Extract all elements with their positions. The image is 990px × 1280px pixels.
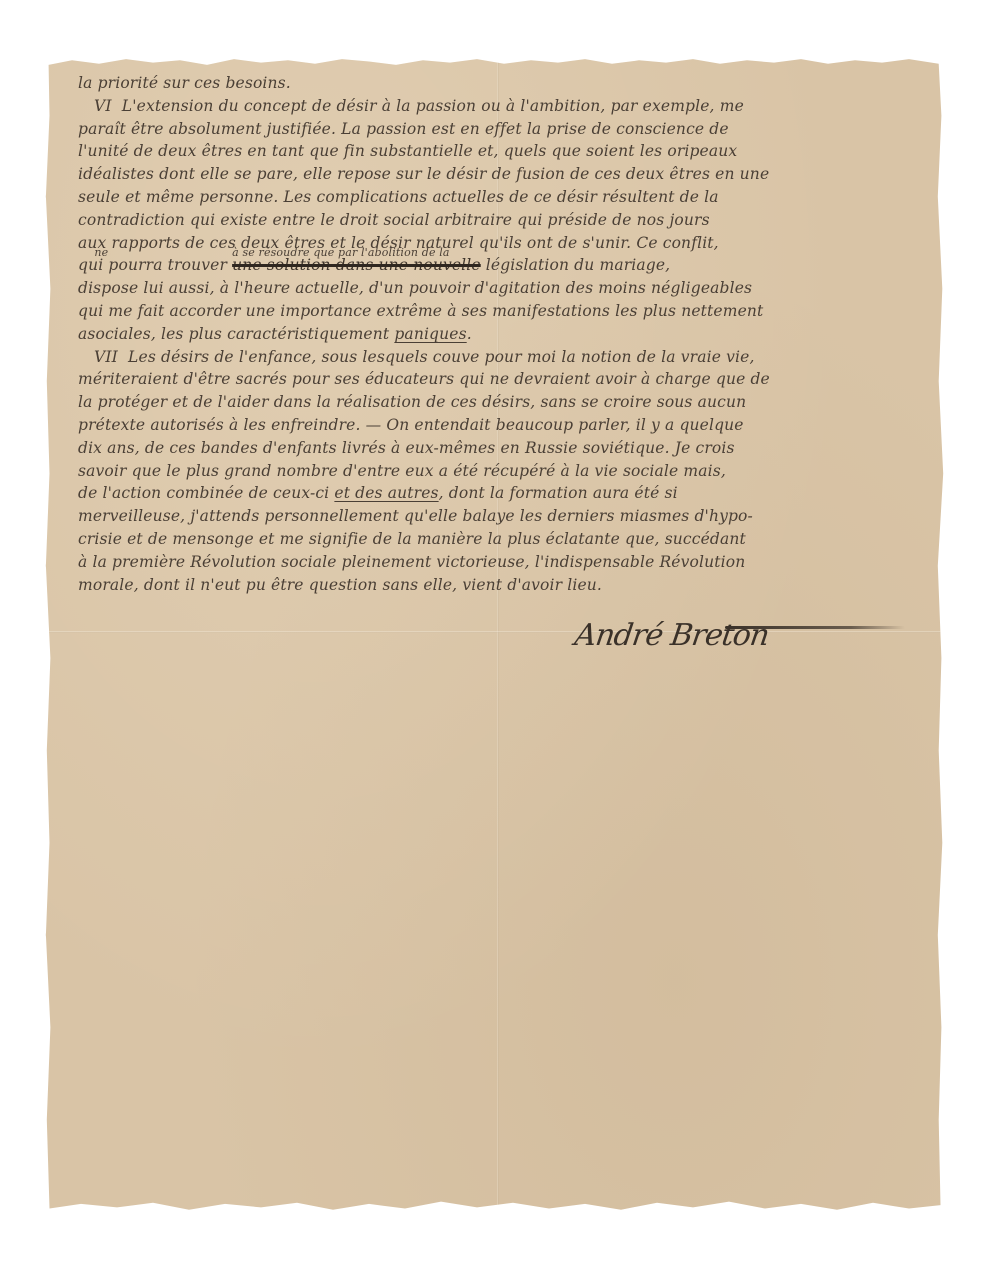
signature-name: André Breton [573, 618, 771, 653]
manuscript-page: la priorité sur ces besoins. VI L'extens… [45, 58, 945, 1212]
text-line: seule et même personne. Les complication… [78, 186, 938, 209]
text-line: contradiction qui existe entre le droit … [78, 209, 938, 232]
signature-flourish [725, 626, 905, 629]
text-line: qui me fait accorder une importance extr… [78, 300, 938, 323]
text-line: la priorité sur ces besoins. [78, 72, 938, 95]
text-line: asociales, les plus caractéristiquement … [78, 323, 938, 346]
text-line: dispose lui aussi, à l'heure actuelle, d… [78, 277, 938, 300]
text-line: dix ans, de ces bandes d'enfants livrés … [78, 437, 938, 460]
text-line: merveilleuse, j'attends personnellement … [78, 505, 938, 528]
text-line: morale, dont il n'eut pu être question s… [78, 574, 938, 597]
text-line: mériteraient d'être sacrés pour ses éduc… [78, 368, 938, 391]
manuscript-text: la priorité sur ces besoins. VI L'extens… [78, 72, 938, 596]
underlined-phrase: et des autres [334, 484, 438, 502]
interlinear-insertion: à se résoudre que par l'abolition de la [232, 247, 450, 258]
section-number: VI [94, 97, 112, 115]
text-line-section-vii: VII Les désirs de l'enfance, sous lesque… [78, 346, 938, 369]
text-line-with-correction: qui nepourra trouver à se résoudre que p… [78, 254, 938, 277]
section-number: VII [94, 348, 118, 366]
text-line: aux rapports de ces deux êtres et le dés… [78, 232, 938, 255]
insertion-ne: ne [94, 247, 108, 258]
text-line: crisie et de mensonge et me signifie de … [78, 528, 938, 551]
text-line: la protéger et de l'aider dans la réalis… [78, 391, 938, 414]
text-line: de l'action combinée de ceux-ci et des a… [78, 482, 938, 505]
text-line: l'unité de deux êtres en tant que fin su… [78, 140, 938, 163]
text-line: à la première Révolution sociale pleinem… [78, 551, 938, 574]
text-line: savoir que le plus grand nombre d'entre … [78, 460, 938, 483]
signature: André Breton [575, 606, 915, 666]
text-line-section-vi: VI L'extension du concept de désir à la … [78, 95, 938, 118]
text-line: idéalistes dont elle se pare, elle repos… [78, 163, 938, 186]
text-line: prétexte autorisés à les enfreindre. — O… [78, 414, 938, 437]
struck-out-text: une solution dans une nouvelle [232, 256, 481, 274]
text-line: paraît être absolument justifiée. La pas… [78, 118, 938, 141]
underlined-word: paniques [394, 325, 466, 343]
